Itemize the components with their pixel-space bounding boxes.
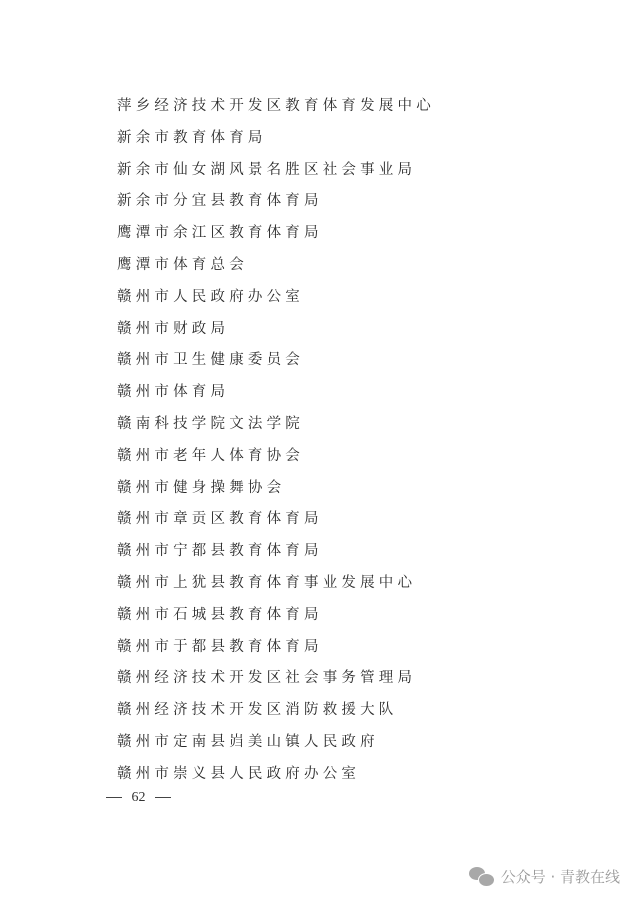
wechat-icon [469, 867, 495, 887]
page-number-value: 62 [132, 790, 146, 805]
watermark: 公众号 · 青教在线 [469, 866, 620, 887]
list-item: 赣州市石城县教育体育局 [117, 603, 435, 635]
list-item: 赣州市章贡区教育体育局 [117, 507, 435, 539]
organization-list: 萍乡经济技术开发区教育体育发展中心 新余市教育体育局 新余市仙女湖风景名胜区社会… [117, 94, 435, 794]
list-item: 赣南科技学院文法学院 [117, 412, 435, 444]
list-item: 赣州市定南县岿美山镇人民政府 [117, 730, 435, 762]
list-item: 赣州市上犹县教育体育事业发展中心 [117, 571, 435, 603]
list-item: 赣州市于都县教育体育局 [117, 635, 435, 667]
list-item: 赣州市体育局 [117, 380, 435, 412]
list-item: 赣州市卫生健康委员会 [117, 348, 435, 380]
list-item: 赣州市健身操舞协会 [117, 476, 435, 508]
list-item: 赣州经济技术开发区消防救援大队 [117, 698, 435, 730]
list-item: 新余市分宜县教育体育局 [117, 189, 435, 221]
page-number: 62 [100, 790, 177, 806]
list-item: 赣州市财政局 [117, 317, 435, 349]
list-item: 鹰潭市余江区教育体育局 [117, 221, 435, 253]
list-item: 新余市仙女湖风景名胜区社会事业局 [117, 158, 435, 190]
list-item: 萍乡经济技术开发区教育体育发展中心 [117, 94, 435, 126]
list-item: 赣州市人民政府办公室 [117, 285, 435, 317]
dash-right [155, 797, 171, 798]
list-item: 赣州市老年人体育协会 [117, 444, 435, 476]
watermark-text: 公众号 · 青教在线 [501, 866, 620, 887]
list-item: 新余市教育体育局 [117, 126, 435, 158]
list-item: 赣州市宁都县教育体育局 [117, 539, 435, 571]
list-item: 鹰潭市体育总会 [117, 253, 435, 285]
list-item: 赣州市崇义县人民政府办公室 [117, 762, 435, 794]
list-item: 赣州经济技术开发区社会事务管理局 [117, 666, 435, 698]
dash-left [106, 797, 122, 798]
